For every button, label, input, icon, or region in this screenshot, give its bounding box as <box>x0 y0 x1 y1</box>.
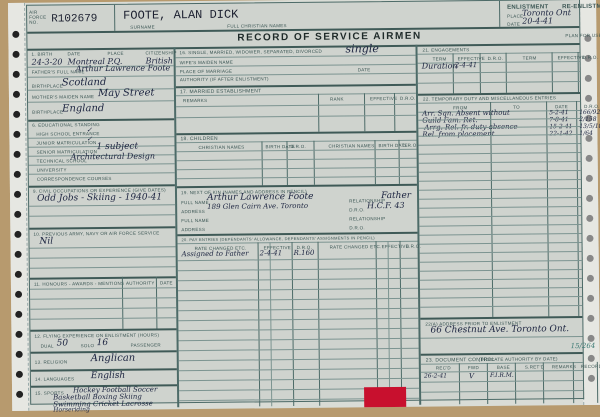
birth-date: 24-3-20 <box>32 57 63 66</box>
divider <box>318 94 319 132</box>
divider <box>176 55 416 59</box>
divider <box>176 104 416 108</box>
feed-hole <box>14 191 21 198</box>
rank-label: RANK <box>330 96 344 101</box>
divider <box>376 241 379 405</box>
kin-full-name-label: FULL NAME <box>181 200 209 205</box>
feed-hole <box>14 171 21 178</box>
divider <box>258 242 261 406</box>
solo-hours: 16 <box>97 338 109 348</box>
divider <box>178 308 418 312</box>
divider <box>29 214 175 217</box>
mother-birthplace: England <box>62 103 104 114</box>
kin2-dro-label: D.R.O. <box>349 225 365 230</box>
service-record-card: AIR FORCE No. R102679 FOOTE, ALAN DICK S… <box>8 0 600 411</box>
divider <box>421 380 583 383</box>
divider <box>177 176 417 180</box>
place-label: PLACE <box>507 14 523 19</box>
children-col: CHRISTIAN NAMES <box>328 143 374 148</box>
father-name: Arthur Lawrence Foote <box>76 63 171 73</box>
temp-duty-dro: 1/64 <box>579 130 593 137</box>
divider <box>420 287 582 290</box>
education-row-value: ✓ <box>86 126 92 134</box>
divider <box>114 5 115 31</box>
children-col: D.R.O. <box>290 144 306 149</box>
divider <box>176 115 416 119</box>
divider <box>177 184 417 189</box>
engagement-term: Duration <box>422 61 458 70</box>
divider <box>418 71 580 74</box>
feed-hole <box>588 355 595 362</box>
divider <box>515 363 516 404</box>
honours-date-label: DATE <box>160 280 173 285</box>
divider <box>179 378 419 382</box>
languages-label: 14. LANGUAGES <box>35 376 74 381</box>
divider <box>29 226 175 230</box>
feed-hole <box>587 295 594 302</box>
divider <box>261 141 262 185</box>
engagements-label: 21. ENGAGEMENTS <box>422 47 469 52</box>
feed-hole <box>587 255 594 262</box>
divider <box>176 84 416 89</box>
feed-hole <box>16 351 23 358</box>
divider <box>156 276 158 328</box>
divider <box>419 197 581 200</box>
divider <box>388 241 391 405</box>
engagement-col: EFFECTIVE <box>558 55 586 60</box>
divider <box>419 206 581 209</box>
feed-hole <box>587 315 594 322</box>
divider <box>179 358 419 362</box>
divider <box>30 276 176 280</box>
dual-label: DUAL <box>41 344 54 349</box>
doc-col: BASE <box>497 365 510 370</box>
languages: English <box>91 371 125 381</box>
divider <box>420 251 582 254</box>
father-birthplace-label: BIRTHPLACE <box>32 83 63 88</box>
form-title: RECORD OF SERVICE AIRMEN <box>237 31 421 44</box>
kin-address-label: ADDRESS <box>181 209 205 214</box>
divider <box>29 204 175 207</box>
feed-hole <box>586 235 593 242</box>
divider <box>29 163 175 166</box>
feed-hole <box>13 51 20 58</box>
divider <box>30 307 176 310</box>
marital-status: single <box>345 42 378 55</box>
feed-hole <box>13 111 20 118</box>
divider <box>178 258 418 262</box>
divider <box>419 224 581 227</box>
feed-hole <box>586 175 593 182</box>
doc-col: FWD <box>468 365 479 370</box>
divider <box>420 278 582 281</box>
divider <box>420 269 582 272</box>
divider <box>176 131 416 136</box>
divider <box>400 241 403 405</box>
divider <box>179 368 419 372</box>
divider <box>419 179 581 182</box>
divider <box>30 246 176 249</box>
feed-hole <box>15 291 22 298</box>
mother-maiden-name: May Street <box>98 87 155 99</box>
passenger-label: PASSENGER <box>131 342 161 347</box>
doc-forwarded: V <box>469 372 474 380</box>
divider <box>178 298 418 302</box>
divider <box>420 305 582 308</box>
feed-hole <box>16 391 23 398</box>
divider <box>420 296 582 299</box>
birth-date-label: DATE <box>68 51 81 56</box>
divider <box>419 152 581 155</box>
divider <box>419 215 581 218</box>
honours-label: 11. HONOURS - AWARDS - MENTIONS <box>34 281 124 287</box>
divider <box>499 1 500 27</box>
feed-hole <box>587 275 594 282</box>
divider <box>418 81 580 84</box>
marriage-date-label: DATE <box>358 67 371 72</box>
feed-hole <box>588 335 595 342</box>
pay-cell: 2-4-41 <box>260 249 283 257</box>
children-col: CHRISTIAN NAMES <box>198 145 244 150</box>
doc-base: F.I.R.M. <box>490 372 514 379</box>
solo-label: SOLO <box>81 343 95 348</box>
record-form: AIR FORCE No. R102679 FOOTE, ALAN DICK S… <box>26 0 584 405</box>
birth-place-label: PLACE <box>108 51 124 56</box>
divider <box>419 161 581 164</box>
divider <box>30 297 176 300</box>
divider <box>318 242 321 406</box>
kin2-full-name-label: FULL NAME <box>181 218 209 223</box>
feed-hole <box>585 75 592 82</box>
education-row-label: UNIVERSITY <box>37 167 67 172</box>
engagement-col: D.R.O. <box>488 56 504 61</box>
divider <box>313 141 314 185</box>
doc-col: REC'D <box>436 365 451 370</box>
remarks-label: REMARKS <box>183 98 207 103</box>
enlistment-date: 20-4-41 <box>522 16 553 25</box>
divider <box>30 328 176 332</box>
feed-hole <box>13 71 20 78</box>
feed-hole <box>15 331 22 338</box>
divider <box>420 260 582 263</box>
divider <box>419 188 581 191</box>
pay-cell: Assigned to Father <box>182 249 249 258</box>
pay-cell: R.160 <box>294 249 315 257</box>
feed-hole <box>13 131 20 138</box>
divider <box>178 328 418 332</box>
divider <box>30 287 176 290</box>
divider <box>179 338 419 342</box>
divider <box>177 158 417 162</box>
divider <box>30 317 176 320</box>
dro-label: D.R.O. <box>400 96 416 101</box>
marriage-authority-label: AUTHORITY (IF AFTER ENLISTMENT) <box>180 76 269 82</box>
mother-birthplace-label: BIRTHPLACE <box>32 109 63 114</box>
feed-hole <box>15 311 22 318</box>
feed-hole <box>12 31 19 38</box>
mother-label: MOTHER'S MAIDEN NAME <box>32 94 94 100</box>
wife-maiden-name-label: WIFE'S MAIDEN NAME <box>180 60 234 66</box>
sports-line: Horseriding <box>53 406 90 413</box>
divider <box>177 167 417 171</box>
feed-hole <box>588 375 595 382</box>
feed-hole <box>586 195 593 202</box>
divider <box>29 172 175 175</box>
education-row-value: Architectural Design <box>71 151 155 161</box>
divider <box>374 140 375 184</box>
kin-address: 189 Glen Cairn Ave. Toronto <box>207 202 308 211</box>
kin2-relationship-label: RELATIONSHIP <box>349 216 385 221</box>
education-row-label: CORRESPONDENCE COURSES <box>37 176 112 182</box>
feed-hole <box>16 371 23 378</box>
divider <box>421 336 583 339</box>
address-stamp: 15/264 <box>571 342 596 350</box>
doc-col: S.RET'D <box>525 364 545 369</box>
kin-dro-label: D.R.O. <box>349 207 365 212</box>
divider <box>419 170 581 173</box>
education-row-value: 1 subject <box>96 142 138 152</box>
feed-hole <box>15 271 22 278</box>
divider <box>28 136 174 139</box>
children-col: D.R.O. <box>402 143 418 148</box>
plan-for-use-label: PLAN FOR USE <box>565 33 600 38</box>
birth-label: 1. BIRTH <box>32 52 53 57</box>
divider <box>178 318 418 322</box>
feed-hole <box>14 231 21 238</box>
marital-status-label: 16. SINGLE, MARRIED, WIDOWER, SEPARATED,… <box>180 49 323 55</box>
place-of-marriage-label: PLACE OF MARRIAGE <box>180 69 233 75</box>
kin2-address-label: ADDRESS <box>181 227 205 232</box>
feed-hole <box>586 155 593 162</box>
engagement-col: D.R.O. <box>583 55 599 60</box>
full-name: FOOTE, ALAN DICK <box>123 8 238 23</box>
previous-service: Nil <box>39 237 53 247</box>
divider <box>178 268 418 272</box>
pay-col: RATE CHANGED ETC. <box>330 244 382 250</box>
divider <box>420 316 582 320</box>
divider <box>30 266 176 269</box>
honours-authority-label: AUTHORITY <box>126 280 155 285</box>
address-prior: 66 Chestnut Ave. Toronto Ont. <box>430 324 569 335</box>
feed-hole <box>15 251 22 258</box>
air-force-number: R102679 <box>51 13 97 25</box>
dual-hours: 50 <box>57 338 69 348</box>
feed-hole <box>585 95 592 102</box>
kin-dro: H.C.F. 43 <box>367 201 405 210</box>
red-index-tab <box>364 387 406 407</box>
civil-occupations: Odd Jobs - Skiing - 1940-41 <box>37 192 162 203</box>
engagement-effective: 2-4-41 <box>455 61 478 69</box>
divider <box>292 242 295 406</box>
feed-hole <box>14 211 21 218</box>
divider <box>421 390 583 393</box>
surname-label: SURNAME <box>130 24 155 29</box>
divider <box>420 242 582 245</box>
engagement-col: TERM <box>523 55 537 60</box>
kin-relationship: Father <box>381 191 411 201</box>
divider <box>179 348 419 352</box>
christian-names-label: FULL CHRISTIAN NAMES <box>227 23 287 29</box>
divider <box>178 278 418 282</box>
divider <box>419 233 581 236</box>
divider <box>28 118 174 122</box>
temp-duty-col: TO <box>513 105 520 110</box>
religion: Anglican <box>91 353 136 364</box>
divider <box>421 352 583 356</box>
air-force-no-label: AIR FORCE No. <box>29 10 43 25</box>
education-row-value: ✓ <box>86 135 92 143</box>
divider <box>30 256 176 259</box>
feed-hole <box>586 215 593 222</box>
divider <box>487 363 488 404</box>
feed-hole <box>13 91 20 98</box>
divider <box>178 288 418 292</box>
divider <box>459 363 460 404</box>
doc-received: 26-2-41 <box>424 372 447 379</box>
feed-hole <box>14 151 21 158</box>
divider <box>419 143 581 146</box>
citizenship-label: CITIZENSHIP <box>146 50 177 55</box>
divider <box>270 242 273 406</box>
father-birthplace: Scotland <box>62 77 107 88</box>
document-control-sublabel: (INDICATE AUTHORITY BY DATE) <box>479 356 558 362</box>
divider <box>364 93 365 131</box>
religion-label: 13. RELIGION <box>35 359 68 364</box>
